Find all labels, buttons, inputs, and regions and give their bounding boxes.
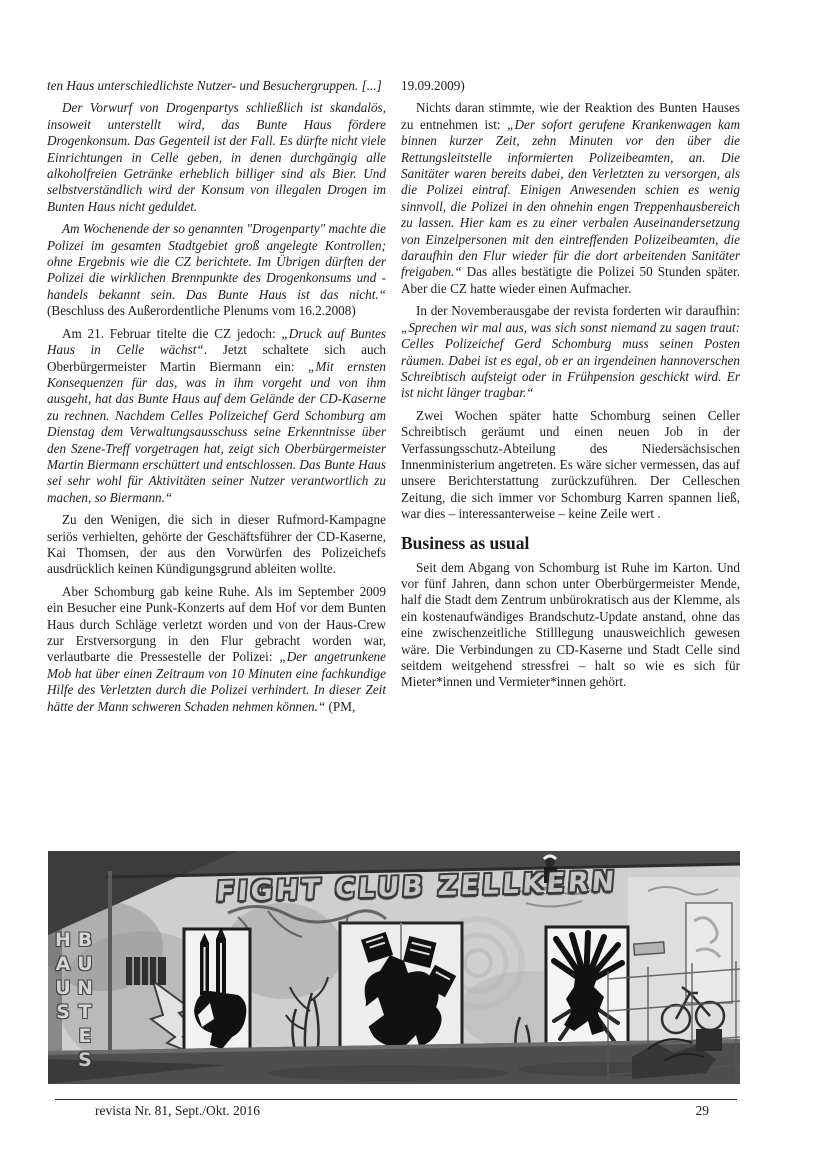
section-heading: Business as usual [401, 533, 740, 553]
paragraph: Am Wochenende der so genannten "Drogenpa… [47, 221, 386, 319]
door-mural-markers [184, 927, 250, 1055]
window-grille [126, 957, 166, 985]
paragraph: Am 21. Februar titelte die CZ jedoch: „D… [47, 326, 386, 506]
article-body: ten Haus unterschiedlichste Nutzer- und … [47, 78, 740, 721]
column-right: 19.09.2009)Nichts daran stimmte, wie der… [401, 78, 740, 721]
door-mural-fist [340, 923, 462, 1063]
door-mural-sunburst [546, 927, 628, 1061]
photo-bunte-haus: FIGHT CLUB ZELLKERN BUNTES HAUS [48, 851, 740, 1084]
magazine-page: ten Haus unterschiedlichste Nutzer- und … [0, 0, 826, 1169]
paragraph: Aber Schomburg gab keine Ruhe. Als im Se… [47, 584, 386, 715]
paragraph: Seit dem Abgang von Schomburg ist Ruhe i… [401, 560, 740, 691]
graffiti-vertical-text: BUNTES HAUS [52, 929, 96, 1079]
footer: revista Nr. 81, Sept./Okt. 2016 29 [55, 1103, 737, 1119]
footer-rule [55, 1099, 737, 1100]
column-left: ten Haus unterschiedlichste Nutzer- und … [47, 78, 386, 721]
paragraph: Zwei Wochen später hatte Schomburg seine… [401, 408, 740, 523]
paragraph: 19.09.2009) [401, 78, 740, 94]
paragraph: Der Vorwurf von Drogenpartys schließlich… [47, 100, 386, 215]
footer-page-number: 29 [696, 1103, 738, 1119]
footer-issue-label: revista Nr. 81, Sept./Okt. 2016 [55, 1103, 260, 1119]
paragraph: Zu den Wenigen, die sich in dieser Rufmo… [47, 512, 386, 578]
paragraph: Nichts daran stimmte, wie der Reaktion d… [401, 100, 740, 297]
paragraph: ten Haus unterschiedlichste Nutzer- und … [47, 78, 386, 94]
paragraph: In der Novemberausgabe der revista forde… [401, 303, 740, 401]
